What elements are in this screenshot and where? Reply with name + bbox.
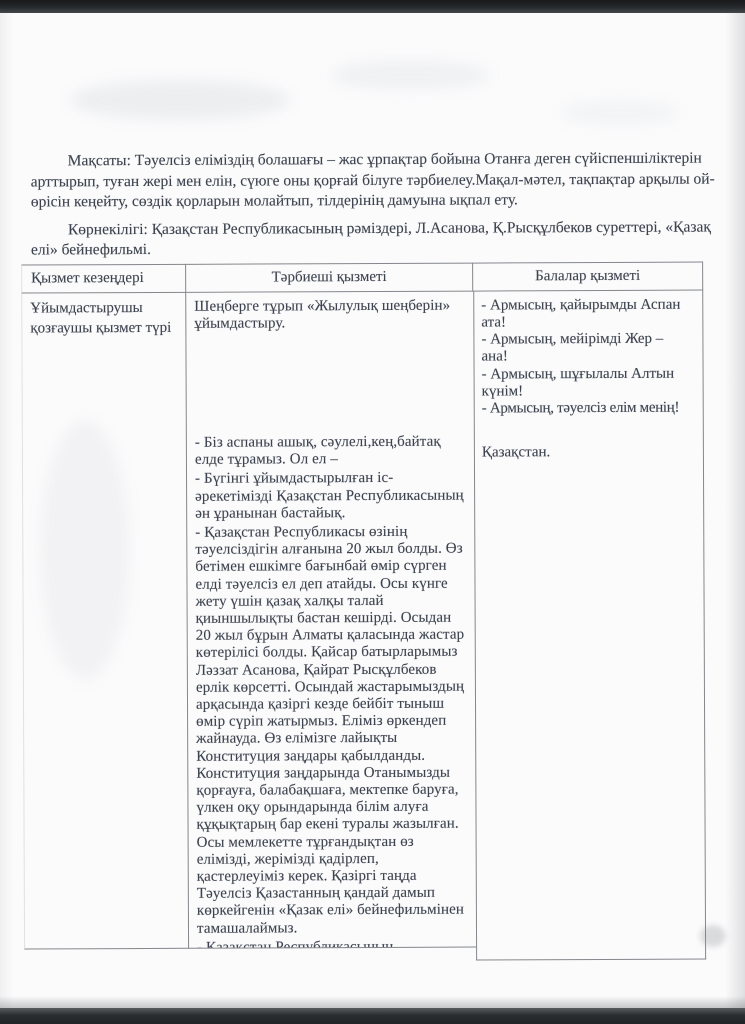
teacher-paragraph: Шеңберге тұрып «Жылулық шеңберін» ұйымда… <box>194 297 467 333</box>
bottom-scan-edge <box>0 1008 745 1024</box>
children-response: - Армысың, тәуелсіз елім менің! <box>482 400 693 418</box>
children-response: - Армысың, қайырымды Аспан ата! <box>481 296 692 332</box>
intro-section: Мақсаты: Тәуелсіз еліміздің болашағы – ж… <box>31 148 728 261</box>
scanned-lesson-plan-page: Мақсаты: Тәуелсіз еліміздің болашағы – ж… <box>0 0 745 1024</box>
stage-text: Ұйымдастырушы қозғаушы қызмет түрі <box>30 297 181 338</box>
children-response: - Армысың, мейірімді Жер – ана! <box>481 331 692 367</box>
visual-aid-label: Көрнекілігі: <box>68 220 148 237</box>
header-children-cell: Балалар қызметі <box>473 261 703 291</box>
lesson-plan-table: Қызмет кезеңдері Тәрбиеші қызметі Балала… <box>21 261 706 962</box>
children-activity-cell: - Армысың, қайырымды Аспан ата! - Армысы… <box>473 290 706 960</box>
right-scan-edge <box>725 0 745 1024</box>
goal-label: Мақсаты: <box>68 152 131 169</box>
teacher-paragraph: - Қазақстан Республикасының рәміздеріне … <box>197 938 470 948</box>
page-content: Мақсаты: Тәуелсіз еліміздің болашағы – ж… <box>0 11 745 962</box>
visual-aid-paragraph: Көрнекілігі: Қазақстан Республикасының р… <box>31 217 728 261</box>
top-scan-edge <box>0 0 745 13</box>
page-bottom-shadow <box>0 996 745 1008</box>
teacher-paragraph: - Біз аспаны ашық, сәулелі,кең,байтақ ел… <box>195 433 468 469</box>
stage-cell: Ұйымдастырушы қозғаушы қызмет түрі <box>21 292 189 949</box>
left-scan-edge <box>0 0 14 1024</box>
header-teacher-cell: Тәрбиеші қызметі <box>186 262 473 292</box>
goal-paragraph: Мақсаты: Тәуелсіз еліміздің болашағы – ж… <box>31 148 728 213</box>
children-response: - Армысың, шұғылалы Алтын күнім! <box>482 365 693 401</box>
teacher-activity-cell: Шеңберге тұрып «Жылулық шеңберін» ұйымда… <box>186 291 476 948</box>
children-response: Қазақстан. <box>482 443 693 461</box>
teacher-paragraph: - Бүгінгі ұйымдастырылған іс-әрекетімізд… <box>195 470 468 523</box>
header-stages-cell: Қызмет кезеңдері <box>21 263 186 293</box>
teacher-paragraph: - Қазақстан Республикасы өзінің тәуелсіз… <box>195 524 470 938</box>
goal-text: Тәуелсіз еліміздің болашағы – жас ұрпақт… <box>31 150 715 211</box>
